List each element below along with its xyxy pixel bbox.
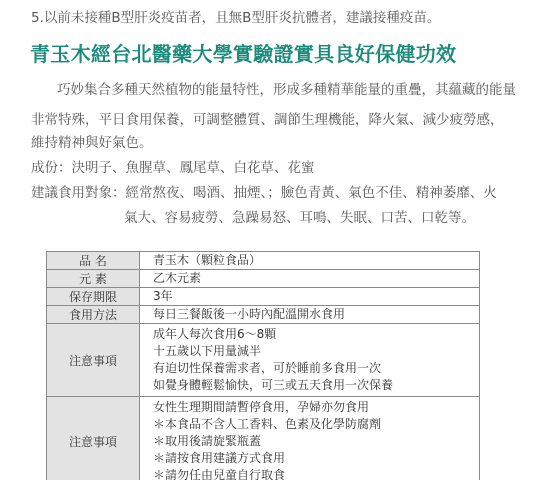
row-value: 女性生理期間請暫停食用，孕婦亦勿食用 ＊本食品不含人工香料、色素及化學防腐劑 ＊…: [140, 397, 480, 480]
row-value: 3年: [140, 288, 480, 306]
row-value: 每日三餐飯後一小時內配溫開水食用: [140, 306, 480, 324]
table-row-shelf-life: 保存期限 3年: [47, 288, 480, 306]
vaccine-note: 5.以前未接種B型肝炎疫苗者，且無B型肝炎抗體者，建議接種疫苗。: [31, 6, 440, 26]
product-spec-table: 品 名 青玉木（顆粒食品） 元 素 乙木元素 保存期限 3年 食用方法 每日三餐…: [46, 251, 480, 480]
value-line: 3年: [153, 288, 479, 305]
target-audience-line-2: 氣大、容易疲勞、急躁易怒、耳鳴、失眠、口苦、口乾等。: [124, 206, 475, 226]
description-line-1: 巧妙集合多種天然植物的能量特性，形成多種精華能量的重疊，其蘊藏的能量: [57, 78, 516, 98]
row-key: 元 素: [47, 270, 140, 288]
value-line: ＊取用後請旋緊瓶蓋: [153, 433, 479, 450]
value-line: 青玉木（顆粒食品）: [153, 252, 479, 269]
row-value: 乙木元素: [140, 270, 480, 288]
row-key: 注意事項: [47, 324, 140, 397]
value-line: ＊本食品不含人工香料、色素及化學防腐劑: [153, 416, 479, 433]
value-line: 成年人每次食用6～8顆: [153, 326, 479, 343]
value-line: 有迫切性保養需求者，可於睡前多食用一次: [153, 360, 479, 377]
value-line: ＊請勿任由兒童自行取食: [153, 467, 479, 480]
table-row-product-name: 品 名 青玉木（顆粒食品）: [47, 252, 480, 270]
row-key: 品 名: [47, 252, 140, 270]
row-key: 食用方法: [47, 306, 140, 324]
value-line: 女性生理期間請暫停食用，孕婦亦勿食用: [153, 399, 479, 416]
value-line: 十五歲以下用量減半: [153, 343, 479, 360]
table-row-notes-2: 注意事項 女性生理期間請暫停食用，孕婦亦勿食用 ＊本食品不含人工香料、色素及化學…: [47, 397, 480, 480]
description-line-2: 非常特殊，平日食用保養，可調整體質、調節生理機能，降火氣、減少疲勞感，: [31, 108, 504, 128]
row-value: 青玉木（顆粒食品）: [140, 252, 480, 270]
section-heading: 青玉木經台北醫藥大學實驗證實具良好保健功效: [30, 38, 456, 67]
row-key: 保存期限: [47, 288, 140, 306]
row-value: 成年人每次食用6～8顆 十五歲以下用量減半 有迫切性保養需求者，可於睡前多食用一…: [140, 324, 480, 397]
row-key: 注意事項: [47, 397, 140, 480]
table-row-element: 元 素 乙木元素: [47, 270, 480, 288]
value-line: 如覺身體輕鬆愉快，可三或五天食用一次保養: [153, 377, 479, 394]
ingredients: 成份：決明子、魚腥草、鳳尾草、白花草、花蜜: [31, 156, 315, 176]
target-audience-line-1: 建議食用對象：經常熬夜、喝酒、抽煙、；臉色青黃、氣色不佳、精神萎靡、火: [31, 181, 497, 201]
value-line: 乙木元素: [153, 270, 479, 287]
description-line-3: 維持精神與好氣色。: [31, 131, 153, 151]
table-row-usage: 食用方法 每日三餐飯後一小時內配溫開水食用: [47, 306, 480, 324]
table-row-notes-1: 注意事項 成年人每次食用6～8顆 十五歲以下用量減半 有迫切性保養需求者，可於睡…: [47, 324, 480, 397]
value-line: ＊請按食用建議方式食用: [153, 450, 479, 467]
value-line: 每日三餐飯後一小時內配溫開水食用: [153, 306, 479, 323]
